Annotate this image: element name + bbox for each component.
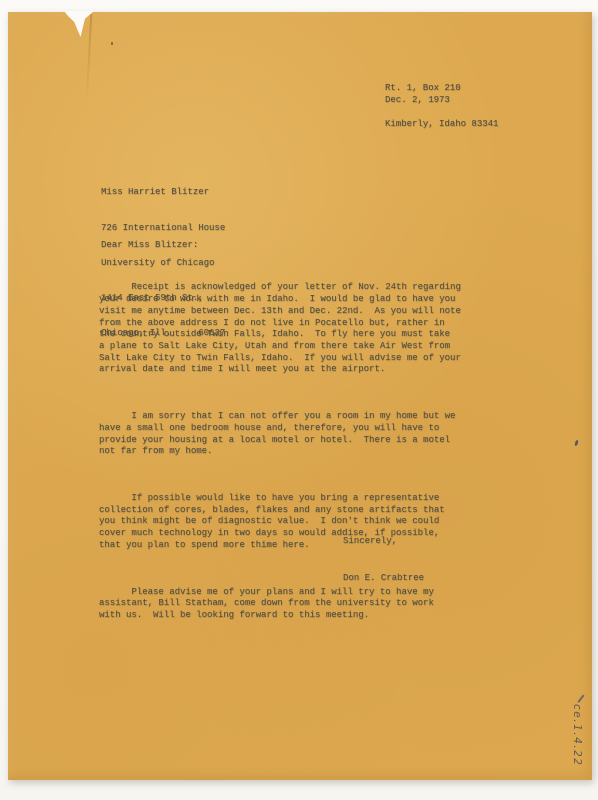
recipient-address-line: 726 International House [101,223,225,235]
pencil-tick [577,694,584,702]
letter-paragraph: If possible would like to have you bring… [99,493,481,552]
return-address: Rt. 1, Box 210 Kimberly, Idaho 83341 [385,60,498,154]
recipient-address-line: Miss Harriet Blitzer [101,187,225,199]
letter-paragraph: Receipt is acknowledged of your letter o… [99,282,481,376]
letter-date: Dec. 2, 1973 [385,95,450,107]
return-address-line: Kimberly, Idaho 83341 [385,119,498,131]
salutation: Dear Miss Blitzer: [101,240,198,252]
letter-paragraph: Please advise me of your plans and I wil… [99,587,481,622]
pencil-mark [574,440,579,447]
paper-speck [111,42,113,45]
scan-background: Rt. 1, Box 210 Kimberly, Idaho 83341 Dec… [0,0,598,800]
closing: Sincerely, [343,536,397,548]
letter-paragraph: I am sorry that I can not offer you a ro… [99,411,481,458]
letter-body: Receipt is acknowledged of your letter o… [99,259,481,645]
letter-page: Rt. 1, Box 210 Kimberly, Idaho 83341 Dec… [8,12,592,780]
return-address-line: Rt. 1, Box 210 [385,83,498,95]
paper-crease [86,14,93,102]
signature-name: Don E. Crabtree [343,573,424,585]
archival-margin-note: ce.1.4.22 [571,704,583,784]
